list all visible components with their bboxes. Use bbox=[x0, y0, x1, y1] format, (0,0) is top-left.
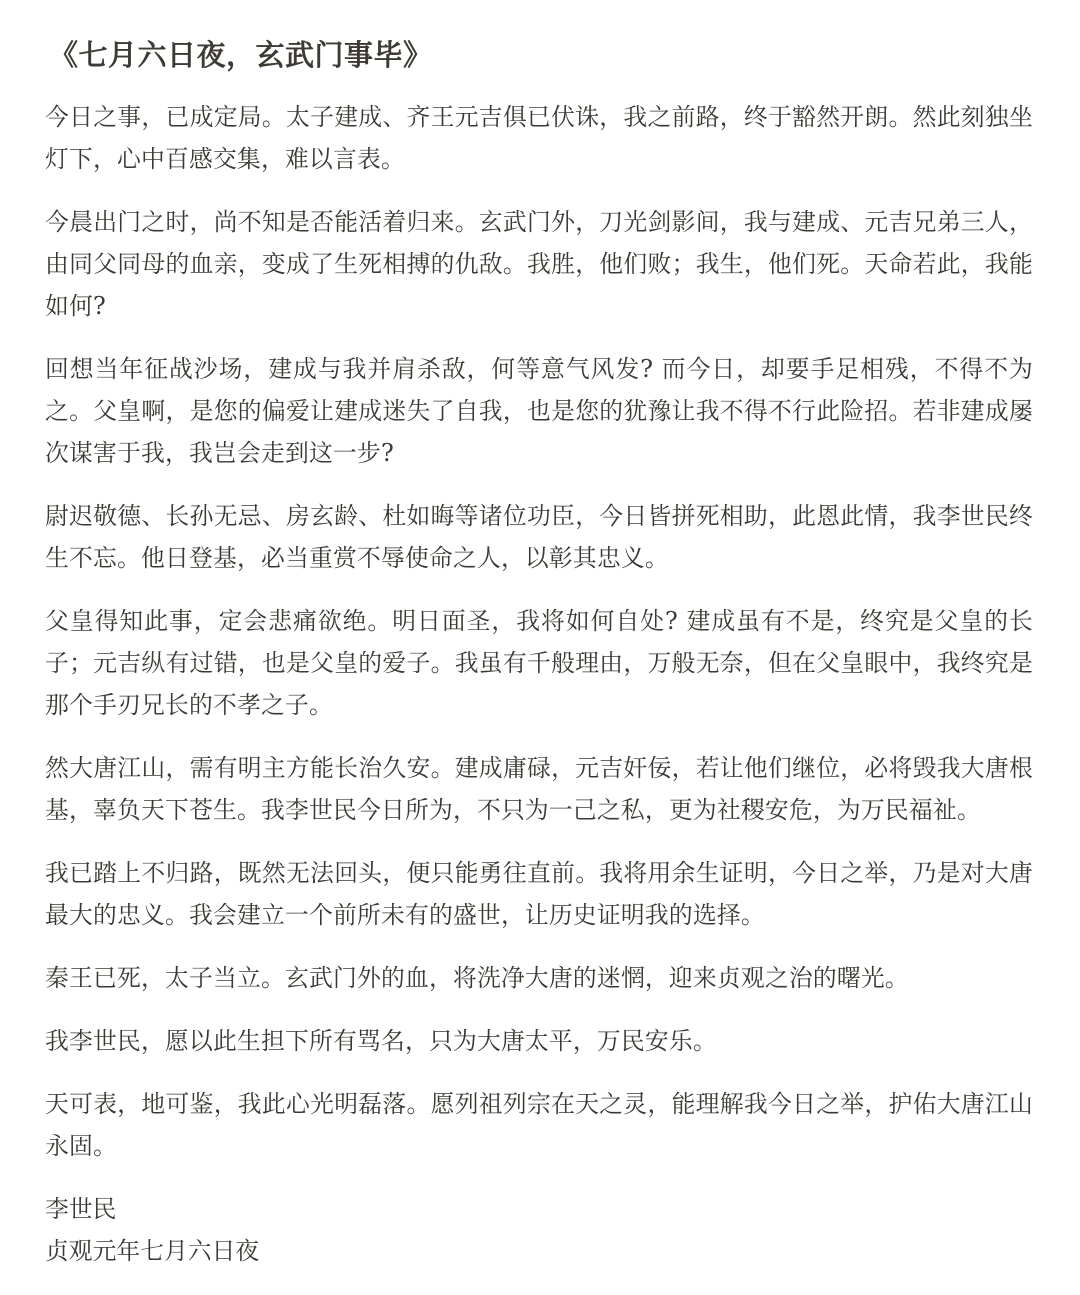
signature-name: 李世民 bbox=[45, 1188, 1034, 1230]
paragraph-10: 天可表，地可鉴，我此心光明磊落。愿列祖列宗在天之灵，能理解我今日之举，护佑大唐江… bbox=[45, 1083, 1033, 1167]
paragraph-2: 今晨出门之时，尚不知是否能活着归来。玄武门外，刀光剑影间，我与建成、元吉兄弟三人… bbox=[45, 201, 1033, 327]
paragraph-7: 我已踏上不归路，既然无法回头，便只能勇往直前。我将用余生证明，今日之举，乃是对大… bbox=[45, 852, 1033, 936]
paragraph-1: 今日之事，已成定局。太子建成、齐王元吉俱已伏诛，我之前路，终于豁然开朗。然此刻独… bbox=[45, 96, 1033, 180]
signature-block: 李世民 贞观元年七月六日夜 bbox=[45, 1188, 1034, 1272]
paragraph-6: 然大唐江山，需有明主方能长治久安。建成庸碌，元吉奸佞，若让他们继位，必将毁我大唐… bbox=[45, 747, 1033, 831]
paragraph-5: 父皇得知此事，定会悲痛欲绝。明日面圣，我将如何自处? 建成虽有不是，终究是父皇的… bbox=[45, 600, 1033, 726]
paragraph-9: 我李世民，愿以此生担下所有骂名，只为大唐太平，万民安乐。 bbox=[45, 1020, 1033, 1062]
paragraph-3: 回想当年征战沙场，建成与我并肩杀敌，何等意气风发? 而今日，却要手足相残，不得不… bbox=[45, 348, 1033, 474]
signature-date: 贞观元年七月六日夜 bbox=[45, 1230, 1034, 1272]
document-title: 《七月六日夜，玄武门事毕》 bbox=[49, 30, 1034, 80]
paragraph-8: 秦王已死，太子当立。玄武门外的血，将洗净大唐的迷惘，迎来贞观之治的曙光。 bbox=[45, 957, 1033, 999]
document-page: 《七月六日夜，玄武门事毕》 今日之事，已成定局。太子建成、齐王元吉俱已伏诛，我之… bbox=[0, 0, 1080, 1272]
paragraph-4: 尉迟敬德、长孙无忌、房玄龄、杜如晦等诸位功臣，今日皆拼死相助，此恩此情，我李世民… bbox=[45, 495, 1033, 579]
